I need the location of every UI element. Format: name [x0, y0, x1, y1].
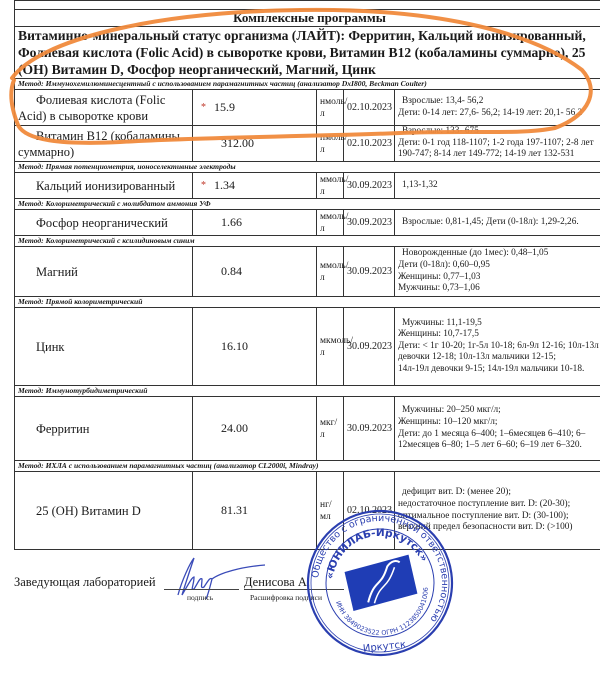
- reference-line: Женщины: 10–120 мкг/л;: [398, 417, 600, 429]
- reference-range: Взрослые: 0,81-1,45; Дети (0-18л): 1,29-…: [395, 210, 600, 236]
- result-value: 15.9: [214, 100, 235, 114]
- result-value-cell: 0.84: [193, 247, 317, 297]
- unit: ммоль/л: [317, 173, 344, 199]
- reference-line: Мужчины: 20–250 мкг/л;: [398, 405, 600, 417]
- method-label: Метод: Колориметрический с молибдатом ам…: [15, 199, 600, 210]
- reference-range: Мужчины: 11,1-19,5Женщины: 10,7-17,5Дети…: [395, 308, 600, 386]
- result-date: 02.10.2023: [344, 126, 395, 162]
- test-name-cell: Ферритин: [15, 397, 193, 461]
- table-row: Магний0.84ммоль/л30.09.2023Новорожденные…: [15, 247, 600, 297]
- unit: мкмоль/л: [317, 308, 344, 386]
- abnormal-flag-icon: *: [201, 102, 206, 113]
- reference-line: Новорожденные (до 1мес): 0,48–1,05: [398, 248, 600, 260]
- method-label: Метод: Прямая потенциометрия, ионоселект…: [15, 162, 600, 173]
- method-label: Метод: Иммунотурбидиметрический: [15, 386, 600, 397]
- result-value-cell: 1.66: [193, 210, 317, 236]
- test-name: Ферритин: [18, 422, 89, 436]
- test-name: Цинк: [18, 340, 64, 354]
- reference-line: дефицит вит. D: (менее 20);: [398, 487, 600, 499]
- unit: пмоль/л: [317, 126, 344, 162]
- result-date: 30.09.2023: [344, 247, 395, 297]
- reference-line: Женщины: 0,77–1,03: [398, 272, 600, 284]
- result-value-cell: 24.00: [193, 397, 317, 461]
- test-name-cell: Фолиевая кислота (Folic Acid) в сыворотк…: [15, 90, 193, 126]
- method-label: Метод: ИХЛА с использованием парамагнитн…: [15, 461, 600, 472]
- reference-line: Взрослые: 133- 675: [398, 126, 600, 138]
- table-row: Ферритин24.00мкг/л30.09.2023Мужчины: 20–…: [15, 397, 600, 461]
- unit: мкг/л: [317, 397, 344, 461]
- result-date: 02.10.2023: [344, 90, 395, 126]
- reference-line: 14л-19л девочки 9-15; 14л-19л мальчики 1…: [398, 364, 600, 376]
- test-name: Витамин B12 (кобаламины суммарно): [18, 129, 180, 159]
- result-value-cell: 16.10: [193, 308, 317, 386]
- program-title: Витаминно-минеральный статус организма (…: [15, 27, 600, 79]
- test-name-cell: Витамин B12 (кобаламины суммарно): [15, 126, 193, 162]
- method-label: Метод: Прямой колориметрический: [15, 297, 600, 308]
- result-date: 30.09.2023: [344, 397, 395, 461]
- result-date: 30.09.2023: [344, 210, 395, 236]
- result-value-cell: 312.00: [193, 126, 317, 162]
- signer-role: Заведующая лабораторией: [14, 575, 156, 590]
- reference-line: Дети (0-18л): 0,60–0,95: [398, 260, 600, 272]
- signer-name: Денисова А.: [244, 575, 310, 590]
- reference-range: 1,13-1,32: [395, 173, 600, 199]
- reference-line: Дети: 0-1 год 118-1107; 1-2 года 197-110…: [398, 138, 600, 161]
- result-date: 30.09.2023: [344, 173, 395, 199]
- test-name: Фолиевая кислота (Folic Acid) в сыворотк…: [18, 93, 165, 123]
- test-name-cell: Фосфор неорганический: [15, 210, 193, 236]
- method-label: Метод: Иммунохемилюминесцентный с исполь…: [15, 79, 600, 90]
- table-row: Цинк16.10мкмоль/л30.09.2023Мужчины: 11,1…: [15, 308, 600, 386]
- result-value: 1.34: [214, 178, 235, 192]
- reference-line: Дети: 0-14 лет: 27,6- 56,2; 14-19 лет: 2…: [398, 108, 600, 120]
- result-value: 81.31: [221, 503, 248, 517]
- result-value-cell: *15.9: [193, 90, 317, 126]
- table-top-row: [15, 1, 600, 10]
- abnormal-flag-icon: *: [201, 180, 206, 191]
- company-stamp: Общество с ограниченной ответственностью…: [305, 508, 455, 658]
- reference-line: 1,13-1,32: [398, 180, 600, 192]
- table-row: Кальций ионизированный*1.34ммоль/л30.09.…: [15, 173, 600, 199]
- test-name: Фосфор неорганический: [18, 216, 168, 230]
- signature-line: [164, 589, 239, 590]
- result-value: 1.66: [221, 215, 242, 229]
- reference-line: Дети: до 1 месяца 6–400; 1–6месяцев 6–41…: [398, 429, 600, 452]
- result-value: 24.00: [221, 421, 248, 435]
- reference-line: Взрослые: 0,81-1,45; Дети (0-18л): 1,29-…: [398, 217, 600, 229]
- reference-range: Новорожденные (до 1мес): 0,48–1,05Дети (…: [395, 247, 600, 297]
- method-label: Метод: Колориметрический с ксилидиновым …: [15, 236, 600, 247]
- table-row: Фосфор неорганический1.66ммоль/л30.09.20…: [15, 210, 600, 236]
- unit: ммоль/л: [317, 247, 344, 297]
- result-date: 30.09.2023: [344, 308, 395, 386]
- test-name-cell: 25 (OH) Витамин D: [15, 472, 193, 550]
- test-name: Кальций ионизированный: [18, 179, 175, 193]
- reference-range: Мужчины: 20–250 мкг/л;Женщины: 10–120 мк…: [395, 397, 600, 461]
- reference-line: Дети: < 1г 10-20; 1г-5л 10-18; 6л-9л 12-…: [398, 341, 600, 364]
- result-value: 312.00: [221, 136, 254, 150]
- table-row: Витамин B12 (кобаламины суммарно)312.00п…: [15, 126, 600, 162]
- test-name-cell: Магний: [15, 247, 193, 297]
- reference-line: Мужчины: 11,1-19,5: [398, 318, 600, 330]
- unit: ммоль/л: [317, 210, 344, 236]
- test-name-cell: Кальций ионизированный: [15, 173, 193, 199]
- result-value-cell: *1.34: [193, 173, 317, 199]
- signature-caption: подпись: [187, 593, 213, 602]
- results-table: Комплексные программы Витаминно-минераль…: [14, 0, 600, 550]
- reference-line: Мужчины: 0,73–1,06: [398, 283, 600, 295]
- test-name: 25 (OH) Витамин D: [18, 504, 141, 518]
- section-title: Комплексные программы: [15, 10, 600, 27]
- lab-report-page: Комплексные программы Витаминно-минераль…: [14, 0, 600, 550]
- reference-range: Взрослые: 13,4- 56,2Дети: 0-14 лет: 27,6…: [395, 90, 600, 126]
- test-name-cell: Цинк: [15, 308, 193, 386]
- test-name: Магний: [18, 265, 78, 279]
- result-value: 16.10: [221, 339, 248, 353]
- reference-line: Взрослые: 13,4- 56,2: [398, 96, 600, 108]
- table-row: Фолиевая кислота (Folic Acid) в сыворотк…: [15, 90, 600, 126]
- result-value: 0.84: [221, 264, 242, 278]
- reference-range: Взрослые: 133- 675Дети: 0-1 год 118-1107…: [395, 126, 600, 162]
- result-value-cell: 81.31: [193, 472, 317, 550]
- reference-line: Женщины: 10,7-17,5: [398, 329, 600, 341]
- unit: нмоль/л: [317, 90, 344, 126]
